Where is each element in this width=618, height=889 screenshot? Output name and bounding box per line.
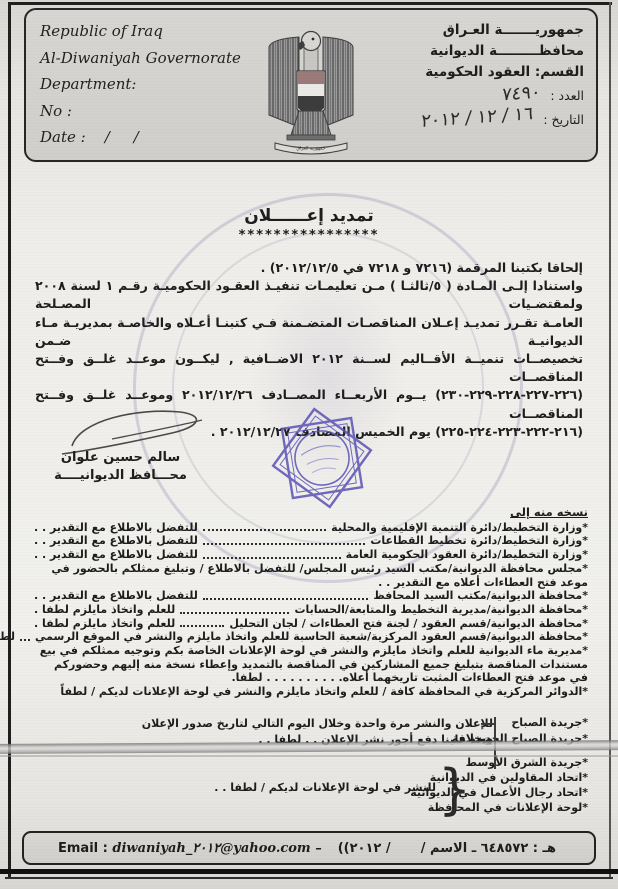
scanned-document-page: Republic of Iraq Al-Diwaniyah Governorat… bbox=[0, 0, 618, 889]
year-text: ((٢٠١٢ / bbox=[338, 841, 391, 856]
dotted-leader bbox=[20, 639, 30, 641]
cc-item: *محافظة الديوانية/مديرية التخطيط والمتاب… bbox=[34, 603, 588, 617]
footer-contact-box: Email : diwaniyah_٢٠١٢@yahoo.com – ((٢٠١… bbox=[22, 831, 596, 865]
english-country: Republic of Iraq bbox=[40, 22, 280, 40]
dotted-leader bbox=[203, 543, 366, 545]
cc-list: نسخه منه إلى *وزارة التخطيط/دائرة التنمي… bbox=[34, 506, 588, 699]
cc-item: *مجلس محافظة الديوانية/مكتب السيد رئيس ا… bbox=[34, 562, 588, 589]
signatory-title: محـــافظ الديوانيــــة bbox=[28, 467, 213, 485]
publication-section: *جريدة الصباح *جريدة الصباح الجديد *جريد… bbox=[0, 713, 618, 817]
dotted-leader bbox=[203, 529, 326, 531]
dotted-leader bbox=[203, 598, 369, 600]
handwritten-number: ٧٤٩٠ bbox=[501, 81, 541, 105]
newspaper-item: *جريدة الصباح bbox=[511, 716, 588, 729]
body-line: تخصيصــات تنميــة الأقــاليم لســنة ٢٠١٢… bbox=[35, 350, 583, 386]
body-line: واستنادا إلـى المـادة ( ٥/ثالثـا ) مـن ت… bbox=[35, 277, 583, 313]
union-item: *اتحاد رجال الأعمال في الديوانية bbox=[410, 786, 588, 799]
bracket-tick bbox=[481, 723, 494, 725]
arabic-governorate: محافظـــــــــة الديوانية bbox=[359, 41, 584, 62]
cc-item: *محافظة الديوانية/مكتب السيد المحافظ للت… bbox=[34, 589, 588, 603]
english-governorate: Al-Diwaniyah Governorate bbox=[40, 49, 280, 67]
english-date-label: Date : / / bbox=[40, 128, 280, 146]
cc-item: *محافظة الديوانية/قسم العقود المركزية/شع… bbox=[34, 630, 588, 644]
signatory-name: سالم حسين علوان bbox=[28, 449, 213, 467]
cc-item: *مديرية ماء الديوانية للعلم واتخاذ مايلز… bbox=[34, 644, 588, 685]
date-label: التاريخ : bbox=[543, 109, 584, 130]
document-title: تمديد إعــــــلان bbox=[0, 206, 618, 226]
newspaper-item: *جريدة الشرق الأوسط bbox=[466, 756, 588, 769]
body-line: العامـة تقـرر تمديـد إعـلان المناقصـات ا… bbox=[35, 314, 583, 350]
emblem-banner-text: جمهورية العراق bbox=[296, 147, 325, 152]
iraq-eagle-emblem-icon: جمهورية العراق bbox=[257, 15, 365, 157]
page-frame-top bbox=[8, 2, 612, 5]
dotted-leader bbox=[203, 557, 341, 559]
fold-crease-shadow bbox=[0, 755, 618, 757]
dotted-leader bbox=[180, 612, 289, 614]
body-line: إلحاقا بكتبنا المرقمة (٧٢١٦ و ٧٢١٨ في ٢٠… bbox=[35, 259, 583, 277]
letterhead-arabic-block: جمهوريـــــــة العـراق محافظـــــــــة ا… bbox=[359, 20, 584, 131]
page-frame-bottom bbox=[0, 869, 618, 874]
arabic-country: جمهوريـــــــة العـراق bbox=[359, 20, 584, 41]
email-text: Email : diwaniyah_٢٠١٢@yahoo.com – bbox=[58, 841, 322, 856]
cc-item: *محافظة الديوانية/قسم العقود / لجنة فتح … bbox=[34, 617, 588, 631]
cc-item: *الدوائر المركزية في المحافظة كافة / للع… bbox=[34, 685, 588, 699]
page-frame-bottom-inner bbox=[5, 877, 613, 879]
title-asterisks-divider: **************** bbox=[0, 228, 618, 243]
cc-item: *وزارة التخطيط/دائرة العقود الحكومية الع… bbox=[34, 548, 588, 562]
union-note: للنشر في لوحة الإعلانات لديكم / لطفا . . bbox=[214, 781, 436, 794]
letterhead-box: Republic of Iraq Al-Diwaniyah Governorat… bbox=[24, 8, 598, 162]
curly-brace: { bbox=[438, 759, 471, 822]
dotted-leader bbox=[180, 625, 224, 627]
cc-item: *وزارة التخطيط/دائرة التنمية الإقليمية و… bbox=[34, 521, 588, 535]
english-no-label: No : bbox=[40, 102, 280, 120]
arabic-department: القسم: العقود الحكومية bbox=[359, 62, 584, 83]
english-department-label: Department: bbox=[40, 75, 280, 93]
cc-heading: نسخه منه إلى bbox=[510, 506, 588, 520]
signature-block: سالم حسين علوان محـــافظ الديوانيــــة bbox=[28, 449, 213, 485]
letterhead-english-block: Republic of Iraq Al-Diwaniyah Governorat… bbox=[40, 22, 280, 155]
phone-text: هـ : ٦٤٨٥٧٢ ـ الاسم / bbox=[421, 841, 556, 856]
cc-item: *وزارة التخطيط/دائرة تخطيط القطاعات للتف… bbox=[34, 534, 588, 548]
number-label: العدد : bbox=[550, 85, 584, 106]
handwritten-date: ١٦ / ١٢ / ٢٠١٢ bbox=[420, 103, 534, 132]
